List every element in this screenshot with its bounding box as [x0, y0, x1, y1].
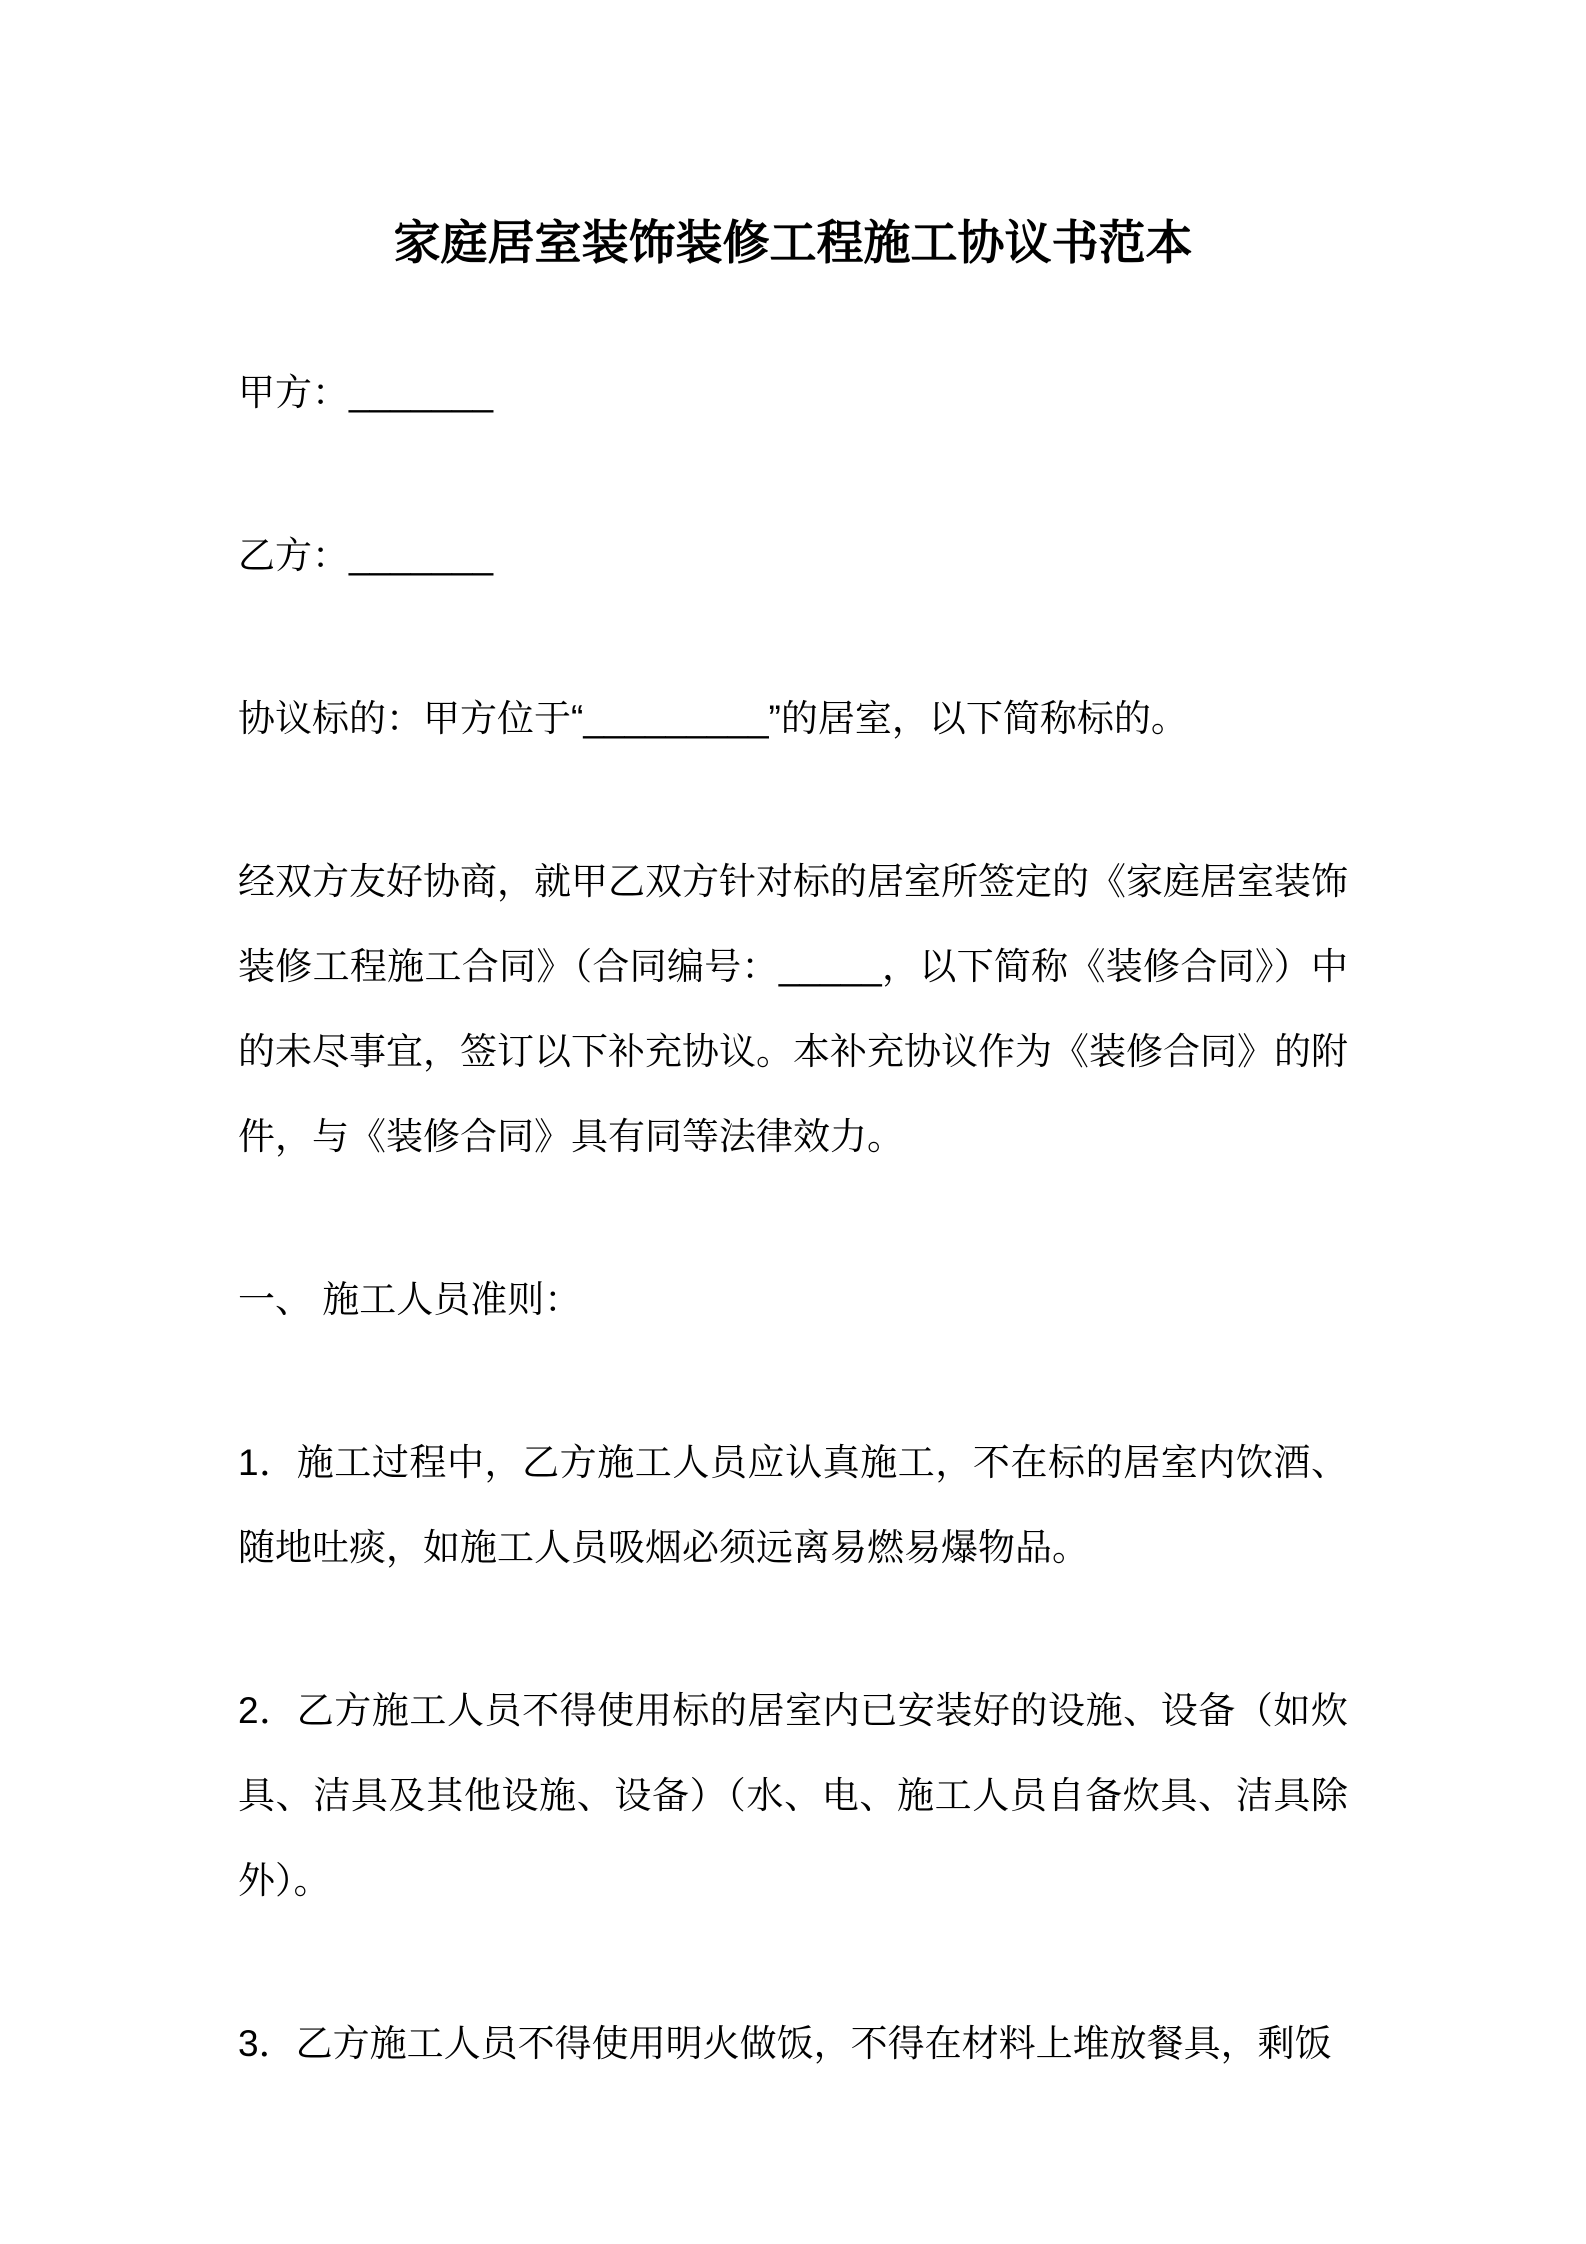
preamble-paragraph: 经双方友好协商，就甲乙双方针对标的居室所签定的《家庭居室装饰装修工程施工合同》（… — [238, 839, 1348, 1179]
contract-number-blank-field: _____ — [779, 946, 882, 987]
party-a-blank-field: _______ — [349, 372, 493, 413]
party-b-line: 乙方：_______ — [238, 513, 1348, 598]
subject-line: 协议标的：甲方位于“_________”的居室，以下简称标的。 — [238, 676, 1348, 761]
party-b-blank-field: _______ — [349, 535, 493, 576]
section-1-heading: 一、 施工人员准则： — [238, 1257, 1348, 1342]
subject-blank-field: _________ — [583, 698, 768, 739]
clause-3-paragraph: 3．乙方施工人员不得使用明火做饭，不得在材料上堆放餐具，剩饭 — [238, 2001, 1348, 2086]
subject-text-before: 协议标的：甲方位于“ — [238, 698, 583, 739]
party-b-label: 乙方： — [238, 535, 349, 576]
party-a-line: 甲方：_______ — [238, 350, 1348, 435]
clause-1-paragraph: 1．施工过程中，乙方施工人员应认真施工，不在标的居室内饮酒、随地吐痰，如施工人员… — [238, 1420, 1348, 1590]
clause-2-paragraph: 2．乙方施工人员不得使用标的居室内已安装好的设施、设备（如炊具、洁具及其他设施、… — [238, 1668, 1348, 1923]
document-page: 家庭居室装饰装修工程施工协议书范本 甲方：_______ 乙方：_______ … — [238, 214, 1348, 2086]
party-a-label: 甲方： — [238, 372, 349, 413]
subject-text-after: ”的居室，以下简称标的。 — [769, 698, 1188, 739]
document-title: 家庭居室装饰装修工程施工协议书范本 — [238, 214, 1348, 272]
